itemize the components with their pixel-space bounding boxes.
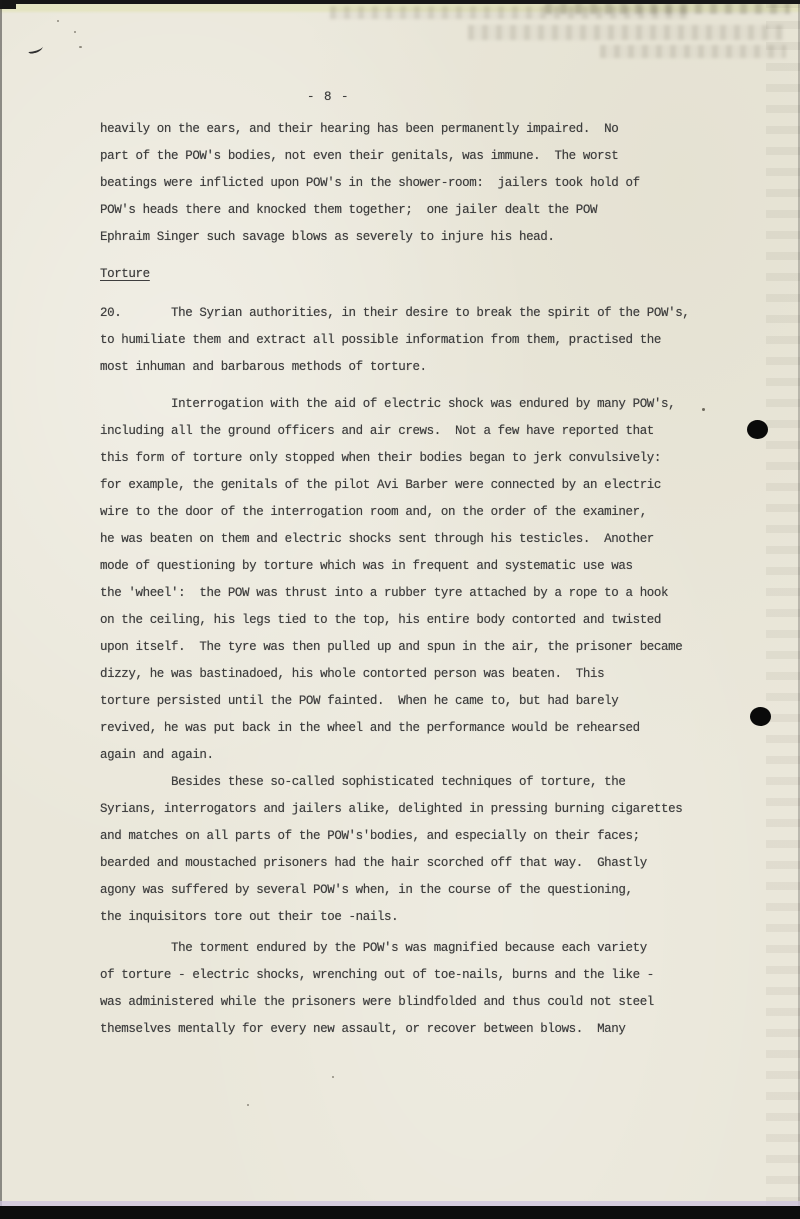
text-line: most inhuman and barbarous methods of to… [100,354,740,381]
text-line: revived, he was put back in the wheel an… [100,715,740,742]
text-line: on the ceiling, his legs tied to the top… [100,607,740,634]
bleedthrough-ghost-text [600,45,786,58]
text-line: and matches on all parts of the POW's'bo… [100,823,740,850]
text-line: torture persisted until the POW fainted.… [100,688,740,715]
text-line: part of the POW's bodies, not even their… [100,143,740,170]
paper-speck [74,31,76,33]
paper-speck [247,1104,249,1106]
text-line: for example, the genitals of the pilot A… [100,472,740,499]
text-line: the inquisitors tore out their toe -nail… [100,904,740,931]
hole-punch-dot [747,420,768,439]
text-line: the 'wheel': the POW was thrust into a r… [100,580,740,607]
text-line: to humiliate them and extract all possib… [100,327,740,354]
paper-speck [57,20,59,22]
text-line: agony was suffered by several POW's when… [100,877,740,904]
hole-punch-dot [750,707,771,726]
text-line: 20. The Syrian authorities, in their des… [100,300,740,327]
section-heading-torture: Torture [100,261,740,288]
bleedthrough-ghost-text [545,3,790,14]
text-line: mode of questioning by torture which was… [100,553,740,580]
page-number: - 8 - [307,90,350,104]
bleedthrough-right-band [766,0,800,1219]
scan-edge-left [0,0,2,1219]
para-beatings-continuation: heavily on the ears, and their hearing h… [100,116,740,251]
text-line: was administered while the prisoners wer… [100,989,740,1016]
text-line: upon itself. The tyre was then pulled up… [100,634,740,661]
text-line: of torture - electric shocks, wrenching … [100,962,740,989]
text-line: Syrians, interrogators and jailers alike… [100,796,740,823]
paper-speck [79,46,82,48]
bleedthrough-ghost-text [468,25,783,40]
text-line: dizzy, he was bastinadoed, his whole con… [100,661,740,688]
text-line: Interrogation with the aid of electric s… [100,391,740,418]
text-line: heavily on the ears, and their hearing h… [100,116,740,143]
text-line: including all the ground officers and ai… [100,418,740,445]
scanned-document-page: - 8 - heavily on the ears, and their hea… [0,0,800,1219]
para-electric-shock-and-wheel: Interrogation with the aid of electric s… [100,391,740,769]
para-20-syrian-authorities: 20. The Syrian authorities, in their des… [100,300,740,381]
text-line: Besides these so-called sophisticated te… [100,769,740,796]
text-column: heavily on the ears, and their hearing h… [100,116,740,1043]
para-burning-cigarettes: Besides these so-called sophisticated te… [100,769,740,931]
text-line: he was beaten on them and electric shock… [100,526,740,553]
text-line: bearded and moustached prisoners had the… [100,850,740,877]
text-line: Ephraim Singer such savage blows as seve… [100,224,740,251]
text-line: POW's heads there and knocked them toget… [100,197,740,224]
scan-edge-bottom [0,1206,800,1219]
text-line: The torment endured by the POW's was mag… [100,935,740,962]
para-torment-blindfolded: The torment endured by the POW's was mag… [100,935,740,1043]
ink-squiggle [27,44,43,54]
text-line: themselves mentally for every new assaul… [100,1016,740,1043]
scan-edge-top-corner [0,0,16,9]
text-line: this form of torture only stopped when t… [100,445,740,472]
text-line: beatings were inflicted upon POW's in th… [100,170,740,197]
paper-speck [332,1076,334,1078]
text-line: wire to the door of the interrogation ro… [100,499,740,526]
text-line: again and again. [100,742,740,769]
scan-edge-top [0,0,800,4]
